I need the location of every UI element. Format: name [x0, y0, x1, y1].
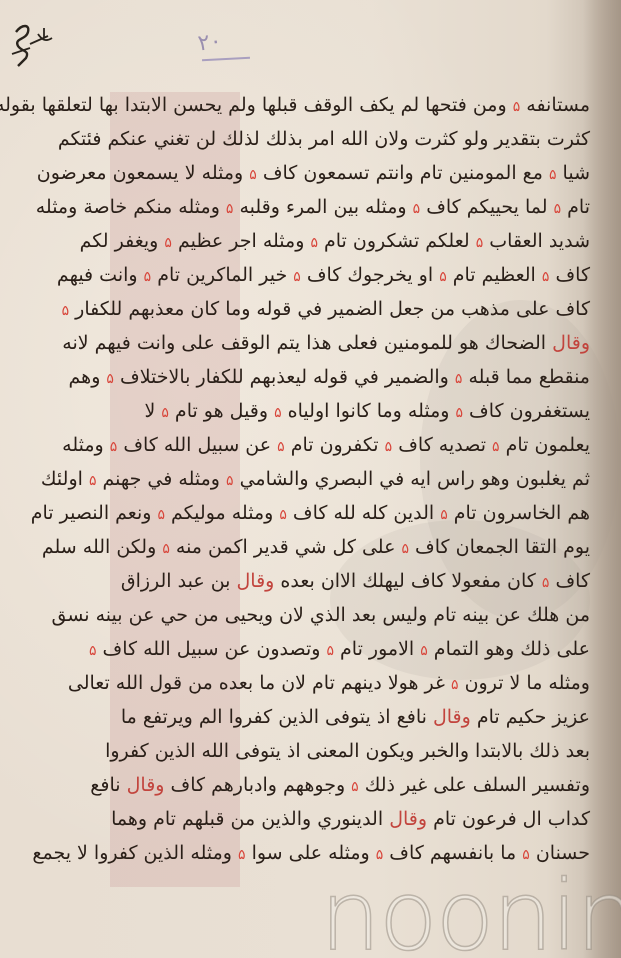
verse-marker-icon: ۵ [476, 235, 484, 251]
verse-marker-icon: ۵ [106, 371, 114, 387]
verse-marker-icon: ۵ [249, 167, 257, 183]
watermark-text: noonin [320, 868, 621, 958]
verse-marker-icon: ۵ [401, 541, 409, 557]
text-line: بعد ذلك بالابتدا والخبر ويكون المعنى اذ … [105, 734, 590, 768]
verse-marker-icon: ۵ [542, 269, 550, 285]
verse-marker-icon: ۵ [492, 439, 500, 455]
text-line: مستانفه ۵ ومن فتحها لم يكف الوقف قبلها و… [0, 88, 590, 122]
verse-marker-icon: ۵ [279, 507, 287, 523]
verse-marker-icon: ۵ [440, 507, 448, 523]
manuscript-page: ٢٠ مستانفه ۵ ومن فتحها لم يكف الوقف قبله… [0, 0, 621, 958]
verse-marker-icon: ۵ [226, 201, 234, 217]
rubric-waqala: وقال [237, 570, 275, 592]
text-line: عزيز حكيم تام وقال نافع اذ يتوفى الذين ك… [121, 700, 590, 734]
verse-marker-icon: ۵ [385, 439, 393, 455]
text-line: كداب ال فرعون تام وقال الدينوري والذين م… [111, 802, 590, 836]
text-line: ثم يغلبون وهو راس ايه في البصري والشامي … [41, 462, 590, 496]
verse-marker-icon: ۵ [455, 371, 463, 387]
verse-marker-icon: ۵ [144, 269, 152, 285]
verse-marker-icon: ۵ [351, 779, 359, 795]
text-line: يستغفرون كاف ۵ ومثله وما كانوا اولياه ۵ … [144, 394, 590, 428]
text-line: يعلمون تام ۵ تصديه كاف ۵ تكفرون تام ۵ عن… [62, 428, 590, 462]
folio-underline [202, 57, 250, 62]
verse-marker-icon: ۵ [277, 439, 285, 455]
verse-marker-icon: ۵ [451, 677, 459, 693]
text-line: شيا ۵ مع المومنين تام وانتم تسمعون كاف ۵… [37, 156, 590, 190]
verse-marker-icon: ۵ [420, 643, 428, 659]
verse-marker-icon: ۵ [439, 269, 447, 285]
verse-marker-icon: ۵ [162, 541, 170, 557]
text-line: كاف ۵ كان مفعولا كاف ليهلك الاان بعده وق… [121, 564, 590, 598]
folio-number: ٢٠ [196, 28, 223, 56]
verse-marker-icon: ۵ [89, 643, 97, 659]
verse-marker-icon: ۵ [274, 405, 282, 421]
rubric-waqala: وقال [127, 774, 165, 796]
verse-marker-icon: ۵ [157, 507, 165, 523]
text-line: كاف على مذهب من جعل الضمير في قوله وما ك… [62, 292, 590, 326]
text-line: منقطع مما قبله ۵ والضمير في قوله ليعذبهم… [69, 360, 590, 394]
verse-marker-icon: ۵ [226, 473, 234, 489]
rubric-waqala: وقال [389, 808, 427, 830]
rubric-waqala: وقال [433, 706, 471, 728]
text-line: ومثله ما لا ترون ۵ غر هولا دينهم تام لان… [68, 666, 590, 700]
verse-marker-icon: ۵ [161, 405, 169, 421]
text-line: من هلك عن بينه تام وليس بعد الذي لان ويح… [52, 598, 591, 632]
verse-marker-icon: ۵ [554, 201, 562, 217]
text-line: كثرت بتقدير ولو كثرت ولان الله امر بذلك … [58, 122, 590, 156]
verse-marker-icon: ۵ [89, 473, 97, 489]
margin-note-glyph [8, 14, 56, 70]
verse-marker-icon: ۵ [238, 847, 246, 863]
verse-marker-icon: ۵ [293, 269, 301, 285]
text-line: يوم التقا الجمعان كاف ۵ على كل شي قدير ا… [42, 530, 590, 564]
verse-marker-icon: ۵ [164, 235, 172, 251]
text-line: تام ۵ لما يحييكم كاف ۵ ومثله بين المرء و… [36, 190, 590, 224]
verse-marker-icon: ۵ [310, 235, 318, 251]
text-line: وقال الضحاك هو للمومنين فعلى هذا يتم الو… [62, 326, 590, 360]
text-line: وتفسير السلف على غير ذلك ۵ وجوههم وادبار… [90, 768, 590, 802]
verse-marker-icon: ۵ [549, 167, 557, 183]
text-line: هم الخاسرون تام ۵ الدين كله لله كاف ۵ وم… [31, 496, 590, 530]
verse-marker-icon: ۵ [513, 99, 521, 115]
text-line: كاف ۵ العظيم تام ۵ او يخرجوك كاف ۵ خير ا… [57, 258, 590, 292]
verse-marker-icon: ۵ [455, 405, 463, 421]
text-line: على ذلك وهو التمام ۵ الامور تام ۵ وتصدون… [89, 632, 590, 666]
rubric-waqala: وقال [552, 332, 590, 354]
verse-marker-icon: ۵ [542, 575, 550, 591]
text-line: شديد العقاب ۵ لعلكم تشكرون تام ۵ ومثله ا… [80, 224, 590, 258]
verse-marker-icon: ۵ [326, 643, 334, 659]
verse-marker-icon: ۵ [62, 303, 70, 319]
verse-marker-icon: ۵ [110, 439, 118, 455]
verse-marker-icon: ۵ [413, 201, 421, 217]
manuscript-text-block: مستانفه ۵ ومن فتحها لم يكف الوقف قبلها و… [100, 88, 600, 888]
